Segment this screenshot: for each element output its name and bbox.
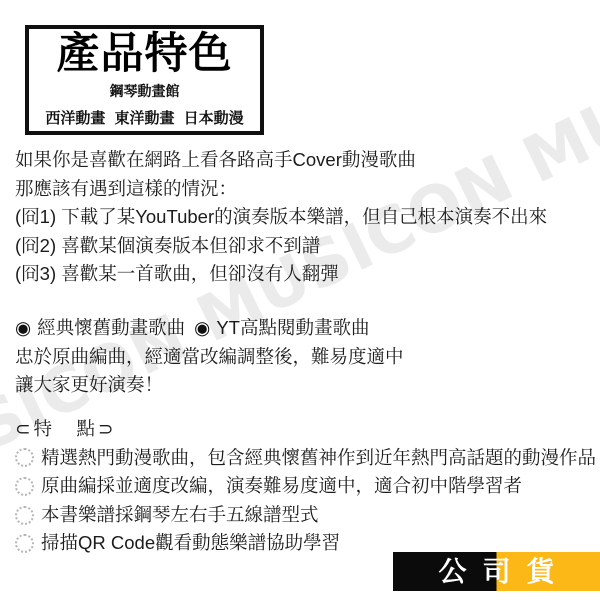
highlight-tag-1: ◉ 經典懷舊動畫歌曲: [15, 314, 185, 343]
highlight-tag-2: ◉ YT高點閱動畫歌曲: [194, 314, 369, 343]
feature-item-3: 本書樂譜採鋼琴左右手五線譜型式: [15, 501, 593, 530]
fisheye-bullet-icon: ◉: [15, 314, 31, 343]
brand-subtitle: 鋼琴動畫館: [110, 81, 180, 101]
highlight-tag-label: YT高點閱動畫歌曲: [216, 314, 369, 343]
circle-bullet-icon: [15, 506, 34, 525]
situation-item-3: (冏3) 喜歡某一首歌曲，但卻沒有人翻彈: [15, 260, 593, 289]
feature-item-label: 本書樂譜採鋼琴左右手五線譜型式: [41, 501, 319, 530]
highlight-line-2: 讓大家更好演奏！: [15, 371, 593, 400]
circle-bullet-icon: [15, 534, 34, 553]
authorized-goods-badge-label: 公司貨: [438, 552, 570, 591]
fisheye-bullet-icon: ◉: [194, 314, 210, 343]
feature-item-label: 精選熱門動漫歌曲，包含經典懷舊神作到近年熱門高話題的動漫作品: [41, 444, 596, 473]
intro-line-2: 那應該有遇到這樣的情況：: [15, 175, 593, 204]
page-title: 產品特色: [57, 32, 233, 76]
situation-item-1: (冏1) 下載了某YouTuber的演奏版本樂譜，但自己根本演奏不出來: [15, 203, 593, 232]
feature-item-label: 掃描QR Code觀看動態樂譜協助學習: [41, 529, 340, 558]
feature-item-1: 精選熱門動漫歌曲，包含經典懷舊神作到近年熱門高話題的動漫作品: [15, 444, 593, 473]
circle-bullet-icon: [15, 448, 34, 467]
highlight-tags-row: ◉ 經典懷舊動畫歌曲 ◉ YT高點閱動畫歌曲: [15, 314, 593, 343]
features-section: ⊂特 點⊃ 精選熱門動漫歌曲，包含經典懷舊神作到近年熱門高話題的動漫作品 原曲編…: [15, 415, 593, 558]
category-list: 西洋動畫 東洋動畫 日本動漫: [45, 107, 243, 128]
highlight-line-1: 忠於原曲編曲，經適當改編調整後，難易度適中: [15, 343, 593, 372]
authorized-goods-badge: 公司貨: [393, 552, 600, 591]
features-heading: ⊂特 點⊃: [15, 415, 593, 444]
highlight-tag-label: 經典懷舊動畫歌曲: [37, 314, 185, 343]
title-box: 產品特色 鋼琴動畫館 西洋動畫 東洋動畫 日本動漫: [25, 25, 264, 135]
situation-item-2: (冏2) 喜歡某個演奏版本但卻求不到譜: [15, 232, 593, 261]
feature-item-2: 原曲編採並適度改編，演奏難易度適中，適合初中階學習者: [15, 472, 593, 501]
feature-item-label: 原曲編採並適度改編，演奏難易度適中，適合初中階學習者: [41, 472, 522, 501]
highlights-section: ◉ 經典懷舊動畫歌曲 ◉ YT高點閱動畫歌曲 忠於原曲編曲，經適當改編調整後，難…: [15, 314, 593, 400]
circle-bullet-icon: [15, 477, 34, 496]
product-feature-card: MUSICON MUSICON MUSIC 產品特色 鋼琴動畫館 西洋動畫 東洋…: [0, 0, 600, 600]
intro-line-1: 如果你是喜歡在網路上看各路高手Cover動漫歌曲: [15, 146, 593, 175]
intro-section: 如果你是喜歡在網路上看各路高手Cover動漫歌曲 那應該有遇到這樣的情況： (冏…: [15, 146, 593, 289]
